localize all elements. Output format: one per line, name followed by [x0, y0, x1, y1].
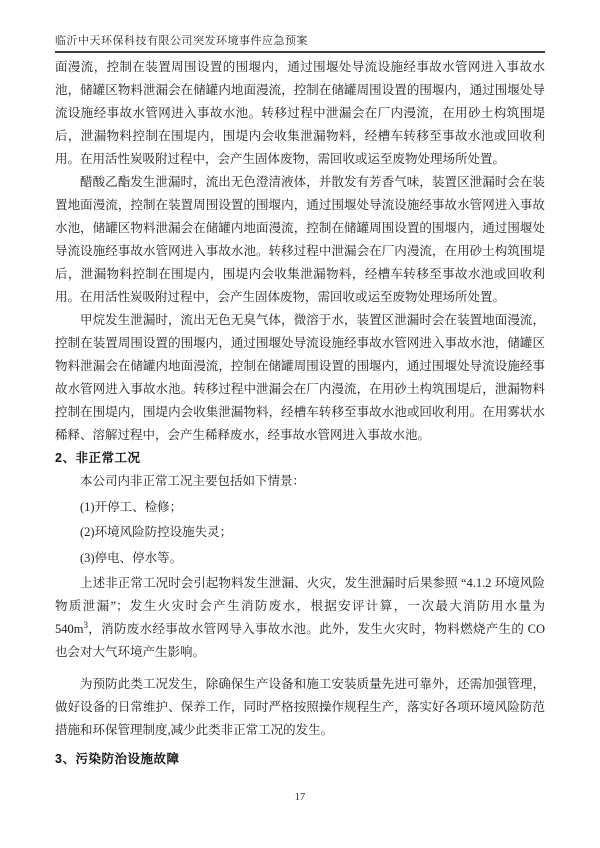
list-item-risk-control-failure: (2)环境风险防控设施失灵； — [55, 521, 545, 544]
heading-abnormal-conditions: 2、非正常工况 — [55, 447, 545, 470]
paragraph-abnormal-consequence: 上述非正常工况时会引起物料发生泄漏、火灾，发生泄漏时后果参照 “4.1.2 环境… — [55, 572, 545, 664]
paragraph-abnormal-intro: 本公司内非正常工况主要包括如下情景： — [55, 470, 545, 493]
paragraph-overflow-continuation: 面漫流，控制在装置周围设置的围堰内，通过围堰处导流设施经事故水管网进入事故水池，… — [55, 56, 545, 171]
header-title: 临沂中天环保科技有限公司突发环境事件应急预案 — [55, 34, 545, 48]
document-page: 临沂中天环保科技有限公司突发环境事件应急预案 面漫流，控制在装置周围设置的围堰内… — [0, 0, 600, 848]
page-header: 临沂中天环保科技有限公司突发环境事件应急预案 — [55, 34, 545, 53]
paragraph-prevention-measures: 为预防此类工况发生，除确保生产设备和施工安装质量先进可靠外，还需加强管理，做好设… — [55, 673, 545, 742]
list-item-startup-shutdown: (1)开停工、检修； — [55, 496, 545, 519]
page-number: 17 — [0, 792, 600, 803]
paragraph-methane-leak: 甲烷发生泄漏时，流出无色无臭气体，微溶于水，装置区泄漏时会在装置地面漫流，控制在… — [55, 309, 545, 447]
list-item-power-water-outage: (3)停电、停水等。 — [55, 547, 545, 570]
document-body: 面漫流，控制在装置周围设置的围堰内，通过围堰处导流设施经事故水管网进入事故水池，… — [55, 56, 545, 771]
consequence-text-after: ，消防废水经事故水管网导入事故水池。此外，发生火灾时，物料燃烧产生的 CO 也会… — [55, 622, 545, 659]
paragraph-ethyl-acetate-leak: 醋酸乙酯发生泄漏时，流出无色澄清液体，并散发有芳香气味，装置区泄漏时会在装置地面… — [55, 171, 545, 309]
heading-pollution-control-facility-failure: 3、污染防治设施故障 — [55, 748, 545, 771]
